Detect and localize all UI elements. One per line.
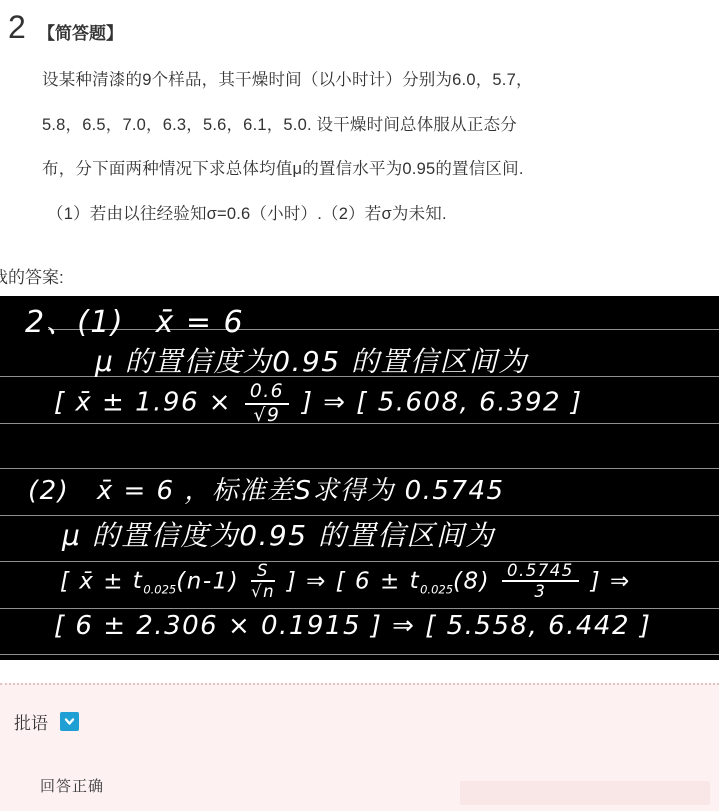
review-result-text: 回答正确: [40, 775, 104, 796]
handwriting-line: [ x̄ ± t0.025(n-1) S√n ] ⇒ [ 6 ± t0.025(…: [60, 562, 631, 601]
question-text-line: 设某种清漆的9个样品，其干燥时间（以小时计）分别为6.0，5.7，: [42, 58, 692, 103]
ruled-line: [0, 654, 719, 655]
question-number: 2: [8, 10, 26, 44]
question-text: 设某种清漆的9个样品，其干燥时间（以小时计）分别为6.0，5.7， 5.8，6.…: [42, 58, 692, 236]
chevron-down-icon: [63, 715, 76, 728]
watermark-highlight: [460, 781, 710, 805]
handwriting-line: [ x̄ ± 1.96 × 0.6√9 ] ⇒ [ 5.608, 6.392 ]: [54, 382, 583, 425]
question-type-label: 【简答题】: [38, 19, 123, 44]
comment-row: 批语: [14, 709, 79, 734]
review-section: 批语 回答正确: [0, 683, 719, 811]
comment-toggle-button[interactable]: [60, 712, 79, 731]
quiz-question-page: 2 【简答题】 设某种清漆的9个样品，其干燥时间（以小时计）分别为6.0，5.7…: [0, 0, 719, 811]
fraction: 0.57453: [502, 562, 579, 601]
handwriting-line: μ 的置信度为0.95 的置信区间为: [62, 514, 495, 554]
handwriting-line: μ 的置信度为0.95 的置信区间为: [95, 340, 528, 380]
answer-board-handwriting: 2、(1) x̄ = 6μ 的置信度为0.95 的置信区间为[ x̄ ± 1.9…: [0, 296, 719, 660]
handwriting-line: (2) x̄ = 6 ，标准差S求得为 0.5745: [28, 470, 505, 507]
ruled-line: [0, 608, 719, 609]
question-text-line: 布，分下面两种情况下求总体均值μ的置信水平为0.95的置信区间.: [42, 147, 692, 192]
handwriting-line: 2、(1) x̄ = 6: [25, 297, 244, 341]
ruled-line: [0, 468, 719, 469]
question-text-line: （1）若由以往经验知σ=0.6（小时）.（2）若σ为未知.: [42, 192, 692, 237]
comment-label: 批语: [14, 709, 48, 734]
handwriting-line: [ 6 ± 2.306 × 0.1915 ] ⇒ [ 5.558, 6.442 …: [54, 611, 651, 641]
fraction: S√n: [251, 562, 275, 601]
question-text-line: 5.8，6.5，7.0，6.3，5.6，6.1，5.0. 设干燥时间总体服从正态…: [42, 103, 692, 148]
fraction: 0.6√9: [245, 382, 289, 425]
my-answer-label: 我的答案:: [0, 263, 64, 288]
